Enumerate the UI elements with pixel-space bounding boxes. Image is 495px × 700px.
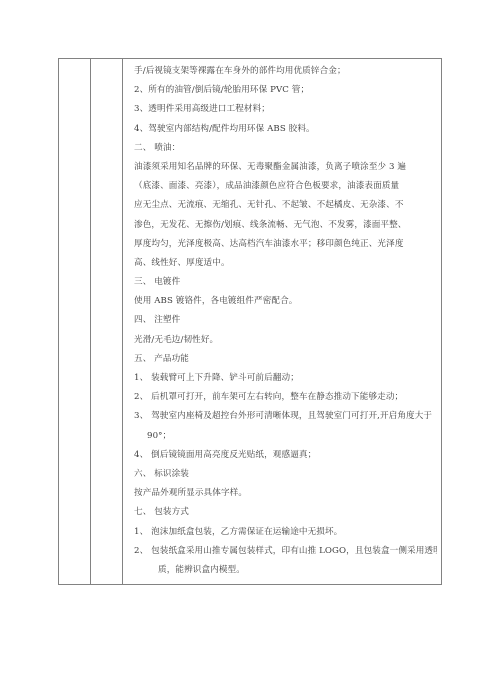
text-line: 三、 电镀件 [134,273,437,292]
spec-content-cell: 手/后视镜支架等裸露在车身外的部件均用优质锌合金；2、所有的油管/倒后镜/轮胎用… [123,59,441,584]
text-line: 2、所有的油管/倒后镜/轮胎用环保 PVC 管； [134,81,437,100]
text-line: 2、 包装纸盒采用山推专属包装样式，印有山推 LOGO，且包装盒一侧采用透明材 [134,542,437,561]
text-line: 2、 后机罩可打开，前车架可左右转向，整车在静态推动下能够走动； [134,388,437,407]
text-line: 1、 装载臂可上下升降、铲斗可前后翻动； [134,369,437,388]
text-line: 厚度均匀，光泽度极高、达高档汽车油漆水平；移印颜色纯正、光泽度 [134,235,437,254]
text-line: 按产品外观所显示具体字样。 [134,484,437,503]
empty-cell-left-1 [59,59,91,584]
text-line: 1、 泡沫加纸盒包装，乙方需保证在运输途中无损坏。 [134,523,437,542]
text-line: 4、 倒后镜镜面用高亮度反光贴纸，观感逼真； [134,446,437,465]
text-line: 二、 喷油： [134,139,437,158]
text-line: 五、 产品功能 [134,350,437,369]
text-line: 90°； [134,427,437,446]
text-line: 油漆须采用知名品牌的环保、无毒聚酯金属油漆，负离子喷涂至少 3 遍 [134,158,437,177]
text-line: 使用 ABS 镀铬件，各电镀组件严密配合。 [134,292,437,311]
text-line: 手/后视镜支架等裸露在车身外的部件均用优质锌合金； [134,62,437,81]
empty-cell-left-2 [91,59,123,584]
text-line: 光滑/无毛边/韧性好。 [134,331,437,350]
text-line: 3、 驾驶室内座椅及超控台外形可清晰体现，且驾驶室门可打开,开启角度大于 [134,407,437,426]
document-page: 手/后视镜支架等裸露在车身外的部件均用优质锌合金；2、所有的油管/倒后镜/轮胎用… [0,0,495,700]
text-line: 渗色，无发花、无擦伤/划痕、线条流畅、无气泡、不发雾，漆面平整、 [134,216,437,235]
text-line: 六、 标识涂装 [134,465,437,484]
text-line: 应无尘点、无流痕、无缩孔、无针孔、不起皱、不起橘皮、无杂漆、不 [134,196,437,215]
text-line: 3、透明件采用高级进口工程材料； [134,100,437,119]
spec-table: 手/后视镜支架等裸露在车身外的部件均用优质锌合金；2、所有的油管/倒后镜/轮胎用… [58,58,442,585]
text-line: 高、线性好、厚度适中。 [134,254,437,273]
text-line: 质，能辨识盒内模型。 [134,561,437,580]
text-line: 4、驾驶室内部结构/配件均用环保 ABS 胶料。 [134,120,437,139]
text-line: （底漆、面漆、亮漆），成品油漆颜色应符合色板要求，油漆表面质量 [134,177,437,196]
text-line: 四、 注塑件 [134,311,437,330]
text-line: 七、 包装方式 [134,503,437,522]
